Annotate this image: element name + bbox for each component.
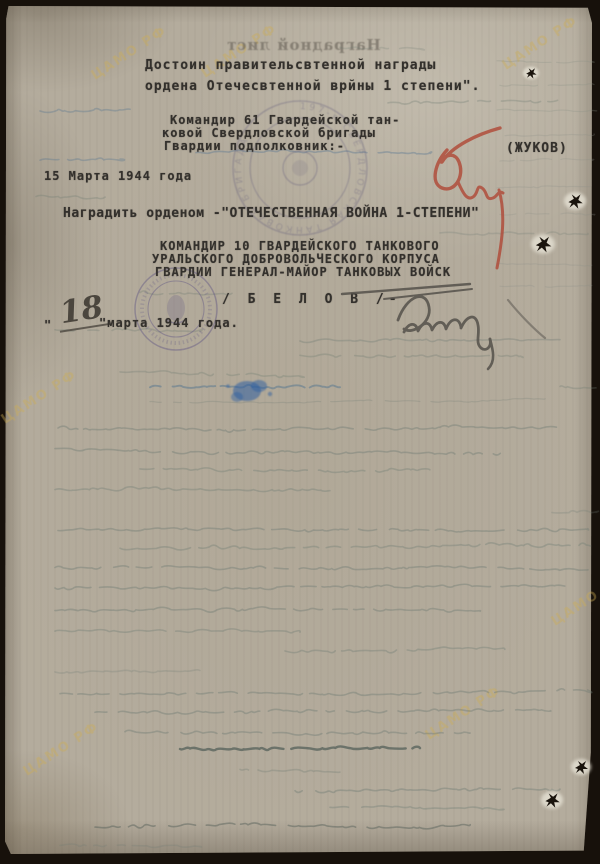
commander-attestation-line-2: ковой Свердловской бригады	[162, 126, 376, 140]
second-date-rest: "марта 1944 года.	[99, 316, 239, 330]
commander-attestation-line-1: Командир 61 Гвардейской тан-	[170, 113, 400, 127]
commander-attestation-line-3: Гвардии подполковник:-	[164, 139, 345, 153]
verdict-line-2: ордена Отечесвтенной врйны 1 степени".	[145, 79, 480, 94]
second-date-open-quote: "	[44, 318, 52, 332]
belov-name-label: / Б Е Л О В /-	[222, 292, 402, 307]
bleedthrough-header-text: Наградной лист	[226, 36, 381, 54]
corps-commander-line-3: ГВАРДИИ ГЕНЕРАЛ-МАЙОР ТАНКОВЫХ ВОЙСК	[155, 265, 451, 279]
scan-background: { "document": { "verdict_line1": "Достои…	[0, 0, 600, 864]
award-order-line: Наградить орденом -"ОТЕЧЕСТВЕННАЯ ВОЙНА …	[63, 206, 479, 221]
verdict-line-1: Достоин правительсвтенной награды	[145, 58, 436, 73]
corps-commander-line-1: КОМАНДИР 10 ГВАРДЕЙСКОГО ТАНКОВОГО	[160, 239, 440, 253]
zhukov-name-label: (ЖУКОВ)	[506, 141, 568, 156]
corps-commander-line-2: УРАЛЬСКОГО ДОБРОВОЛЬЧЕСКОГО КОРПУСА	[152, 252, 440, 266]
first-date-label: 15 Марта 1944 года	[44, 169, 192, 183]
